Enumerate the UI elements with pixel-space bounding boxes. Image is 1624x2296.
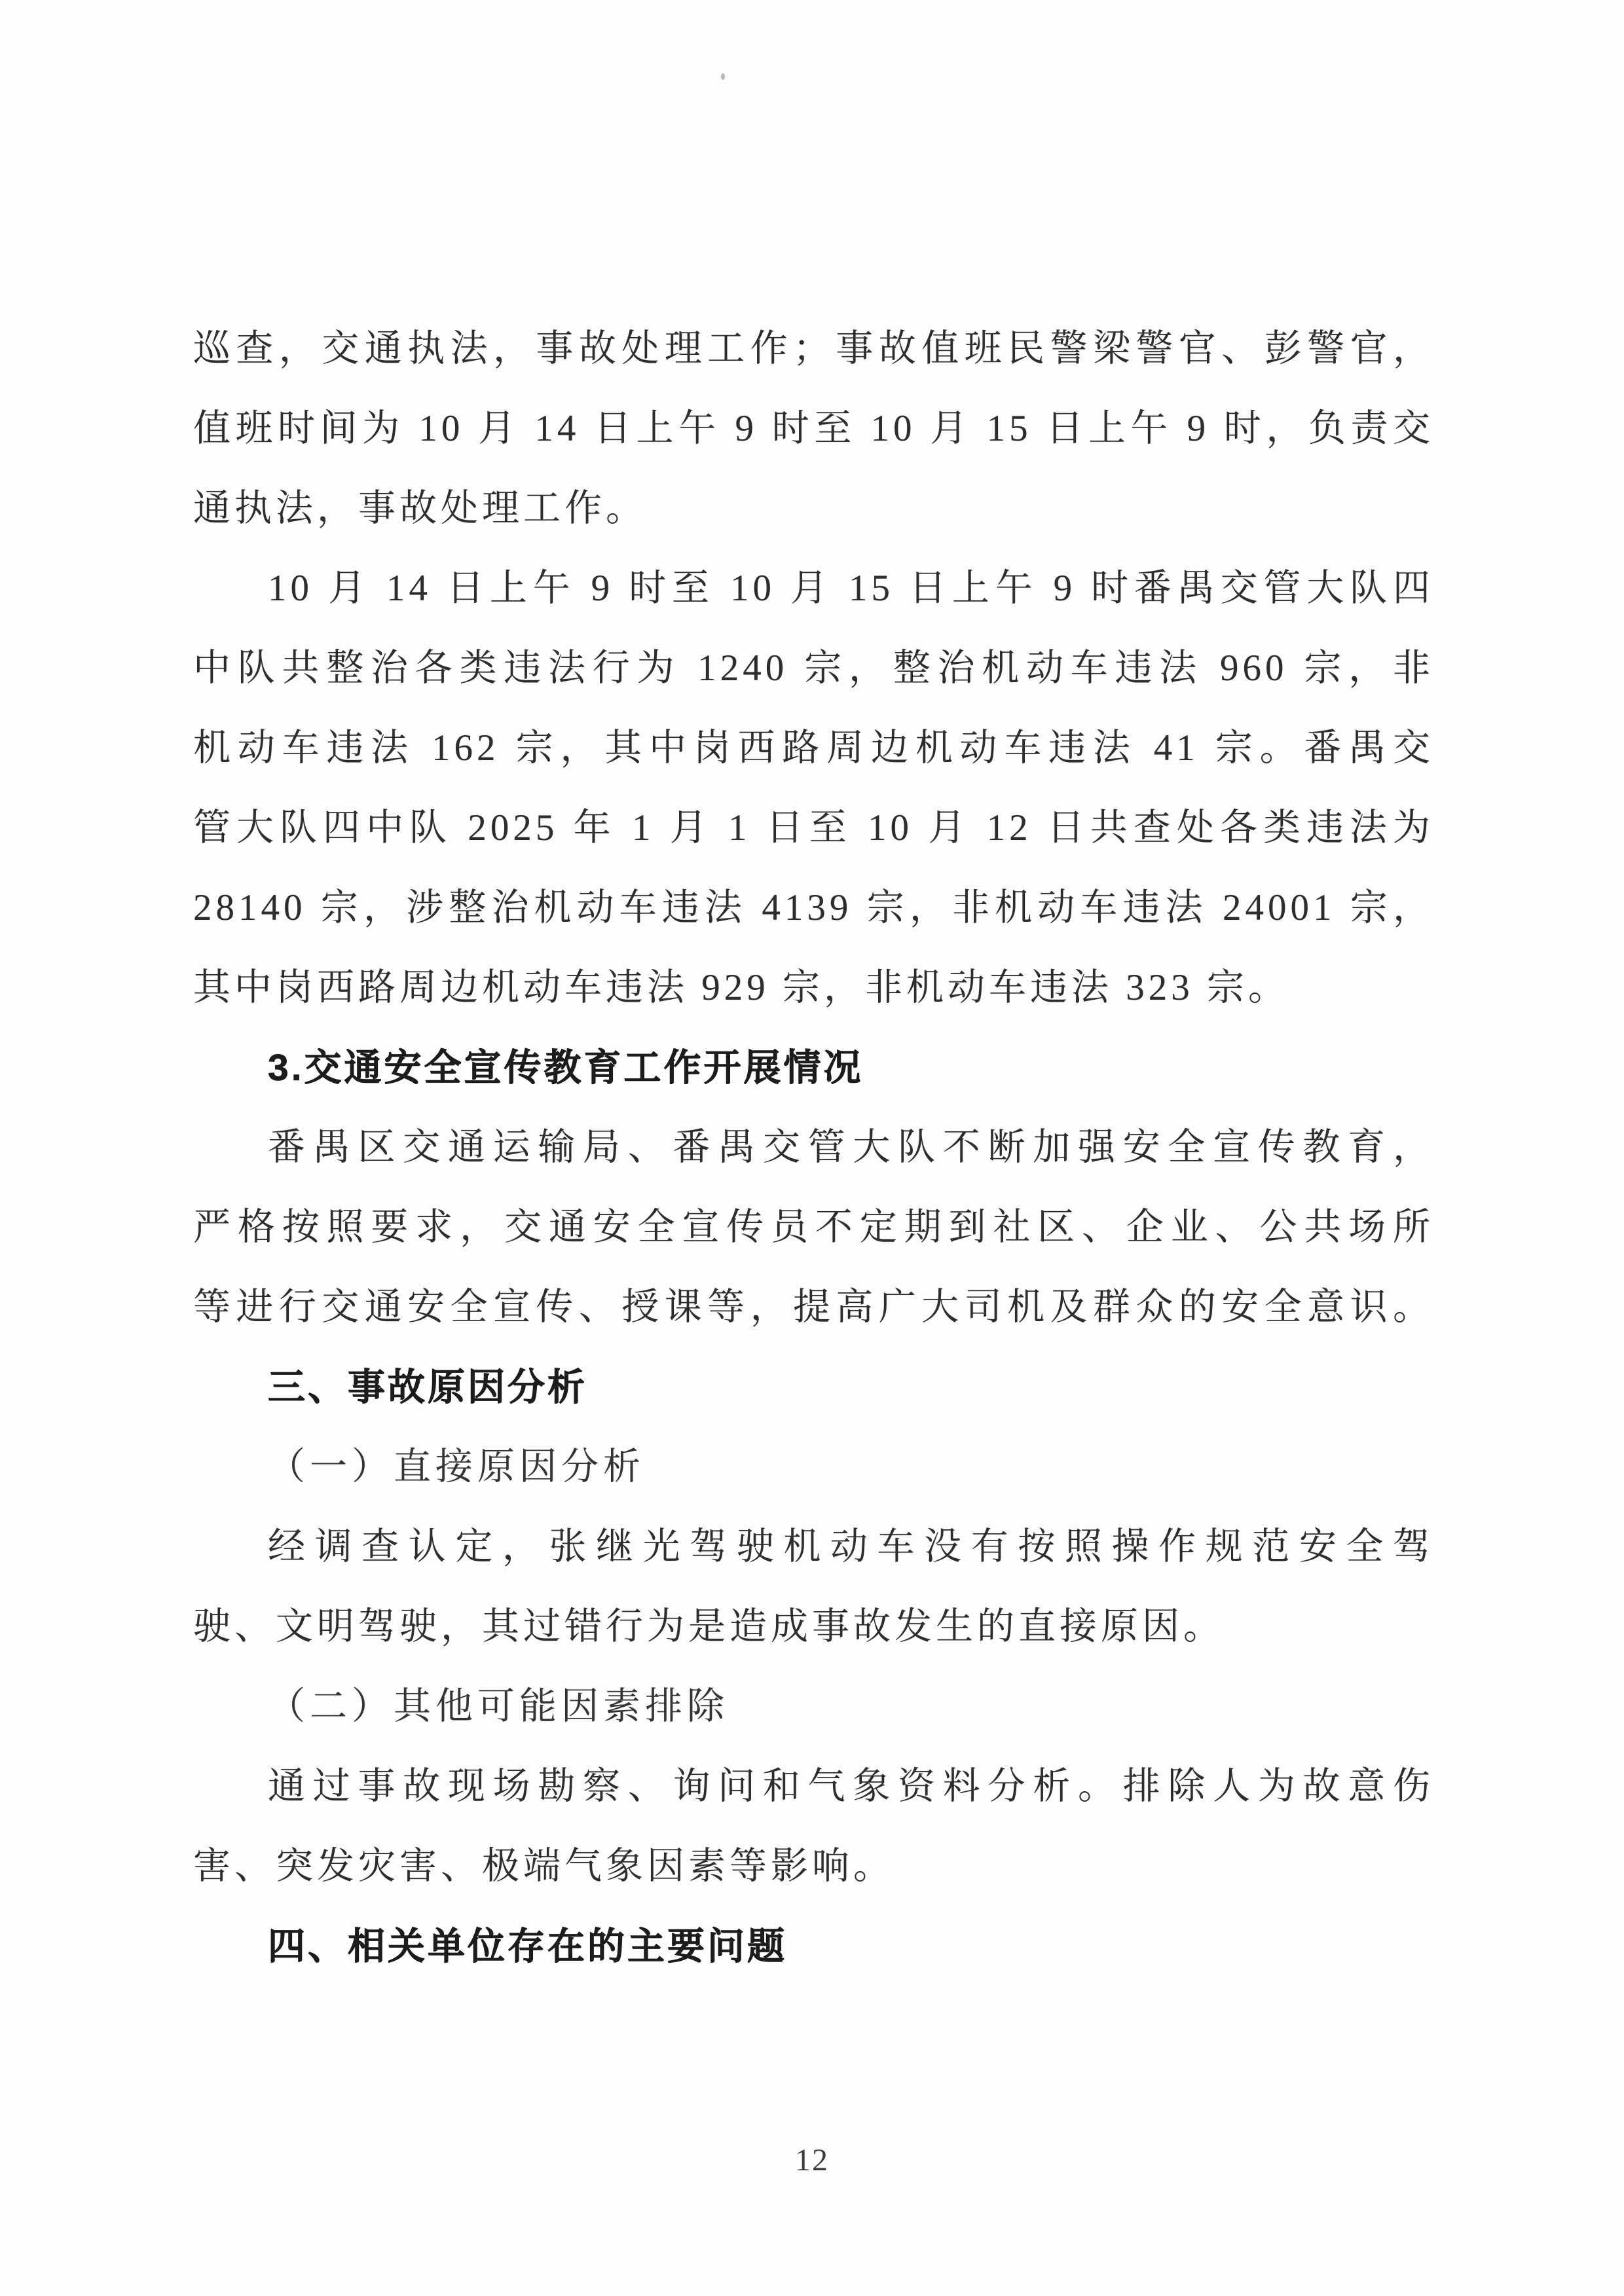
text-block: 巡查，交通执法，事故处理工作；事故值班民警梁警官、彭警官，值班时间为 10 月 … <box>193 309 1434 1986</box>
page-number: 12 <box>0 2141 1624 2180</box>
text-line: 等进行交通安全宣传、授课等，提高广大司机及群众的安全意识。 <box>193 1267 1434 1347</box>
text-line: 严格按照要求，交通安全宣传员不定期到社区、企业、公共场所 <box>193 1188 1434 1267</box>
document-page: 巡查，交通执法，事故处理工作；事故值班民警梁警官、彭警官，值班时间为 10 月 … <box>0 0 1624 2296</box>
text-line: 机动车违法 162 宗，其中岗西路周边机动车违法 41 宗。番禺交 <box>193 708 1434 788</box>
heading-line: 3.交通安全宣传教育工作开展情况 <box>193 1028 1434 1108</box>
text-line: 管大队四中队 2025 年 1 月 1 日至 10 月 12 日共查处各类违法为 <box>193 788 1434 868</box>
text-line: 驶、文明驾驶，其过错行为是造成事故发生的直接原因。 <box>193 1587 1434 1667</box>
heading-line: （一）直接原因分析 <box>193 1427 1434 1507</box>
heading-line: 四、相关单位存在的主要问题 <box>193 1906 1434 1986</box>
text-line: 值班时间为 10 月 14 日上午 9 时至 10 月 15 日上午 9 时，负… <box>193 389 1434 469</box>
heading-line: 三、事故原因分析 <box>193 1347 1434 1427</box>
text-line: 通过事故现场勘察、询问和气象资料分析。排除人为故意伤 <box>193 1747 1434 1827</box>
text-line: 10 月 14 日上午 9 时至 10 月 15 日上午 9 时番禺交管大队四 <box>193 549 1434 629</box>
text-line: 害、突发灾害、极端气象因素等影响。 <box>193 1827 1434 1906</box>
text-line: 经调查认定，张继光驾驶机动车没有按照操作规范安全驾 <box>193 1507 1434 1587</box>
text-line: 28140 宗，涉整治机动车违法 4139 宗，非机动车违法 24001 宗， <box>193 868 1434 948</box>
scan-speck <box>721 73 725 80</box>
text-line: 番禺区交通运输局、番禺交管大队不断加强安全宣传教育， <box>193 1108 1434 1188</box>
text-line: 通执法，事故处理工作。 <box>193 469 1434 549</box>
text-line: 其中岗西路周边机动车违法 929 宗，非机动车违法 323 宗。 <box>193 948 1434 1028</box>
text-line: 巡查，交通执法，事故处理工作；事故值班民警梁警官、彭警官， <box>193 309 1434 389</box>
text-line: 中队共整治各类违法行为 1240 宗，整治机动车违法 960 宗，非 <box>193 629 1434 708</box>
heading-line: （二）其他可能因素排除 <box>193 1667 1434 1747</box>
